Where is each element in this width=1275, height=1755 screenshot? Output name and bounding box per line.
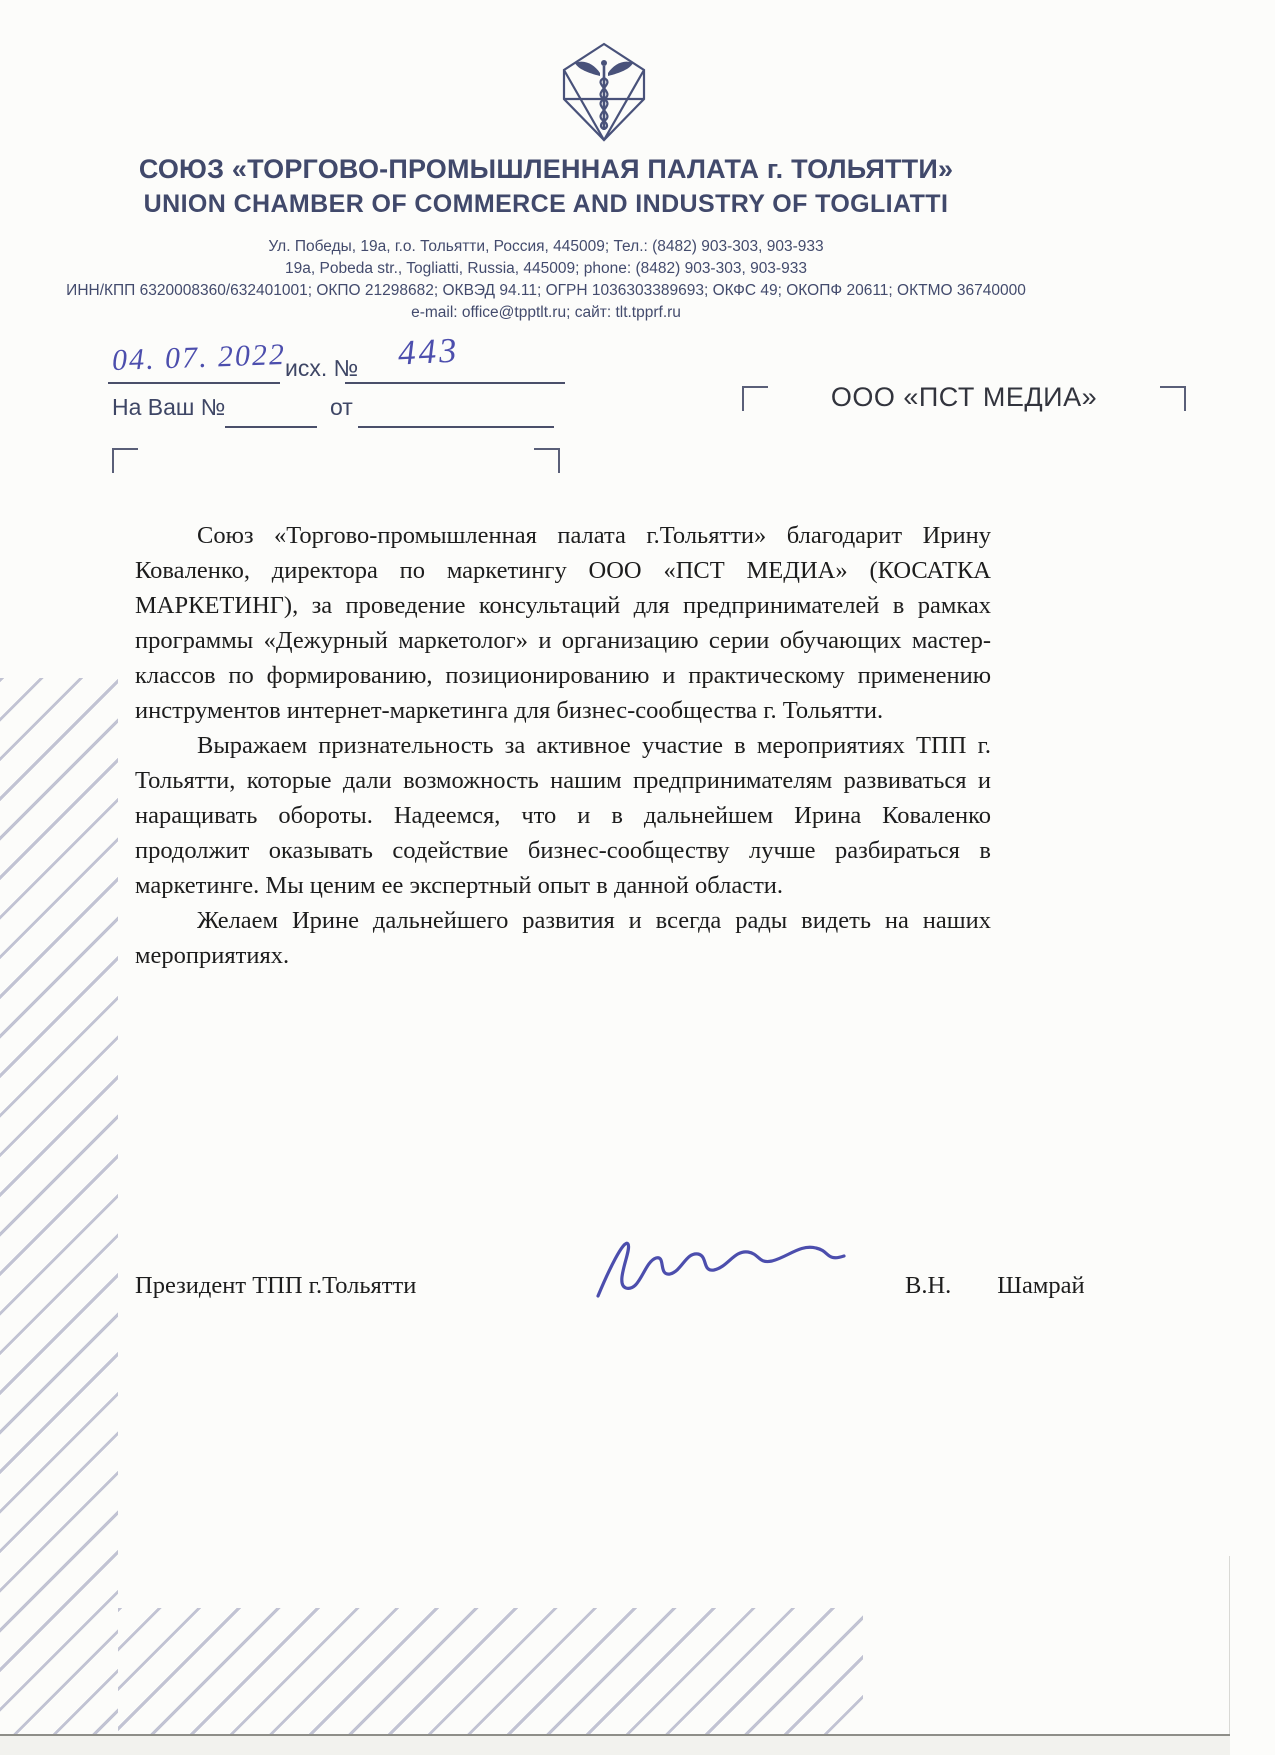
scan-right-edge-line	[1229, 1556, 1230, 1734]
hatch-pattern-bottom-strip	[118, 1608, 863, 1740]
registration-line: ИНН/КПП 6320008360/632401001; ОКПО 21298…	[0, 280, 1092, 302]
incoming-number-underline	[225, 426, 317, 428]
letter-body: Союз «Торгово-промышленная палата г.Толь…	[135, 518, 991, 973]
address-line-ru: Ул. Победы, 19а, г.о. Тольятти, Россия, …	[0, 236, 1092, 258]
signer-name: В.Н. Шамрай	[905, 1272, 1085, 1300]
outgoing-number-handwritten: 443	[397, 330, 461, 373]
outgoing-date-handwritten: 04. 07. 2022	[111, 338, 286, 378]
body-paragraph: Желаем Ирине дальнейшего развития и всег…	[135, 903, 991, 973]
scanned-letter-page: СОЮЗ «ТОРГОВО-ПРОМЫШЛЕННАЯ ПАЛАТА г. ТОЛ…	[0, 0, 1275, 1755]
recipient-zone-corner-right	[1160, 386, 1186, 411]
address-zone-corner-left	[112, 448, 138, 473]
email-site-line: e-mail: office@tpptlt.ru; сайт: tlt.tppr…	[0, 302, 1092, 324]
outgoing-number-label: исх. №	[285, 355, 358, 382]
recipient-zone-corner-left	[742, 386, 768, 411]
incoming-number-label: На Ваш №	[112, 394, 225, 421]
signer-initials: В.Н.	[905, 1272, 951, 1300]
body-paragraph: Выражаем признательность за активное уча…	[135, 728, 991, 903]
org-name-ru: СОЮЗ «ТОРГОВО-ПРОМЫШЛЕННАЯ ПАЛАТА г. ТОЛ…	[0, 154, 1092, 185]
signer-surname: Шамрай	[997, 1272, 1084, 1300]
org-name-en: UNION CHAMBER OF COMMERCE AND INDUSTRY O…	[0, 190, 1092, 219]
address-line-en: 19a, Pobeda str., Togliatti, Russia, 445…	[0, 258, 1092, 280]
address-zone-corner-right	[534, 448, 560, 473]
hatch-pattern-left-strip	[0, 678, 118, 1740]
handwritten-signature	[588, 1226, 868, 1310]
body-paragraph: Союз «Торгово-промышленная палата г.Толь…	[135, 518, 991, 728]
scan-bottom-edge-area	[0, 1736, 1230, 1755]
letterhead: СОЮЗ «ТОРГОВО-ПРОМЫШЛЕННАЯ ПАЛАТА г. ТОЛ…	[0, 42, 1092, 324]
date-underline	[108, 382, 280, 384]
recipient-name: ООО «ПСТ МЕДИА»	[778, 382, 1150, 413]
incoming-date-underline	[358, 426, 554, 428]
chamber-emblem-caduceus-icon	[552, 42, 656, 142]
incoming-date-label: от	[330, 394, 353, 421]
signer-position-title: Президент ТПП г.Тольятти	[135, 1272, 416, 1300]
outgoing-number-underline	[345, 382, 565, 384]
